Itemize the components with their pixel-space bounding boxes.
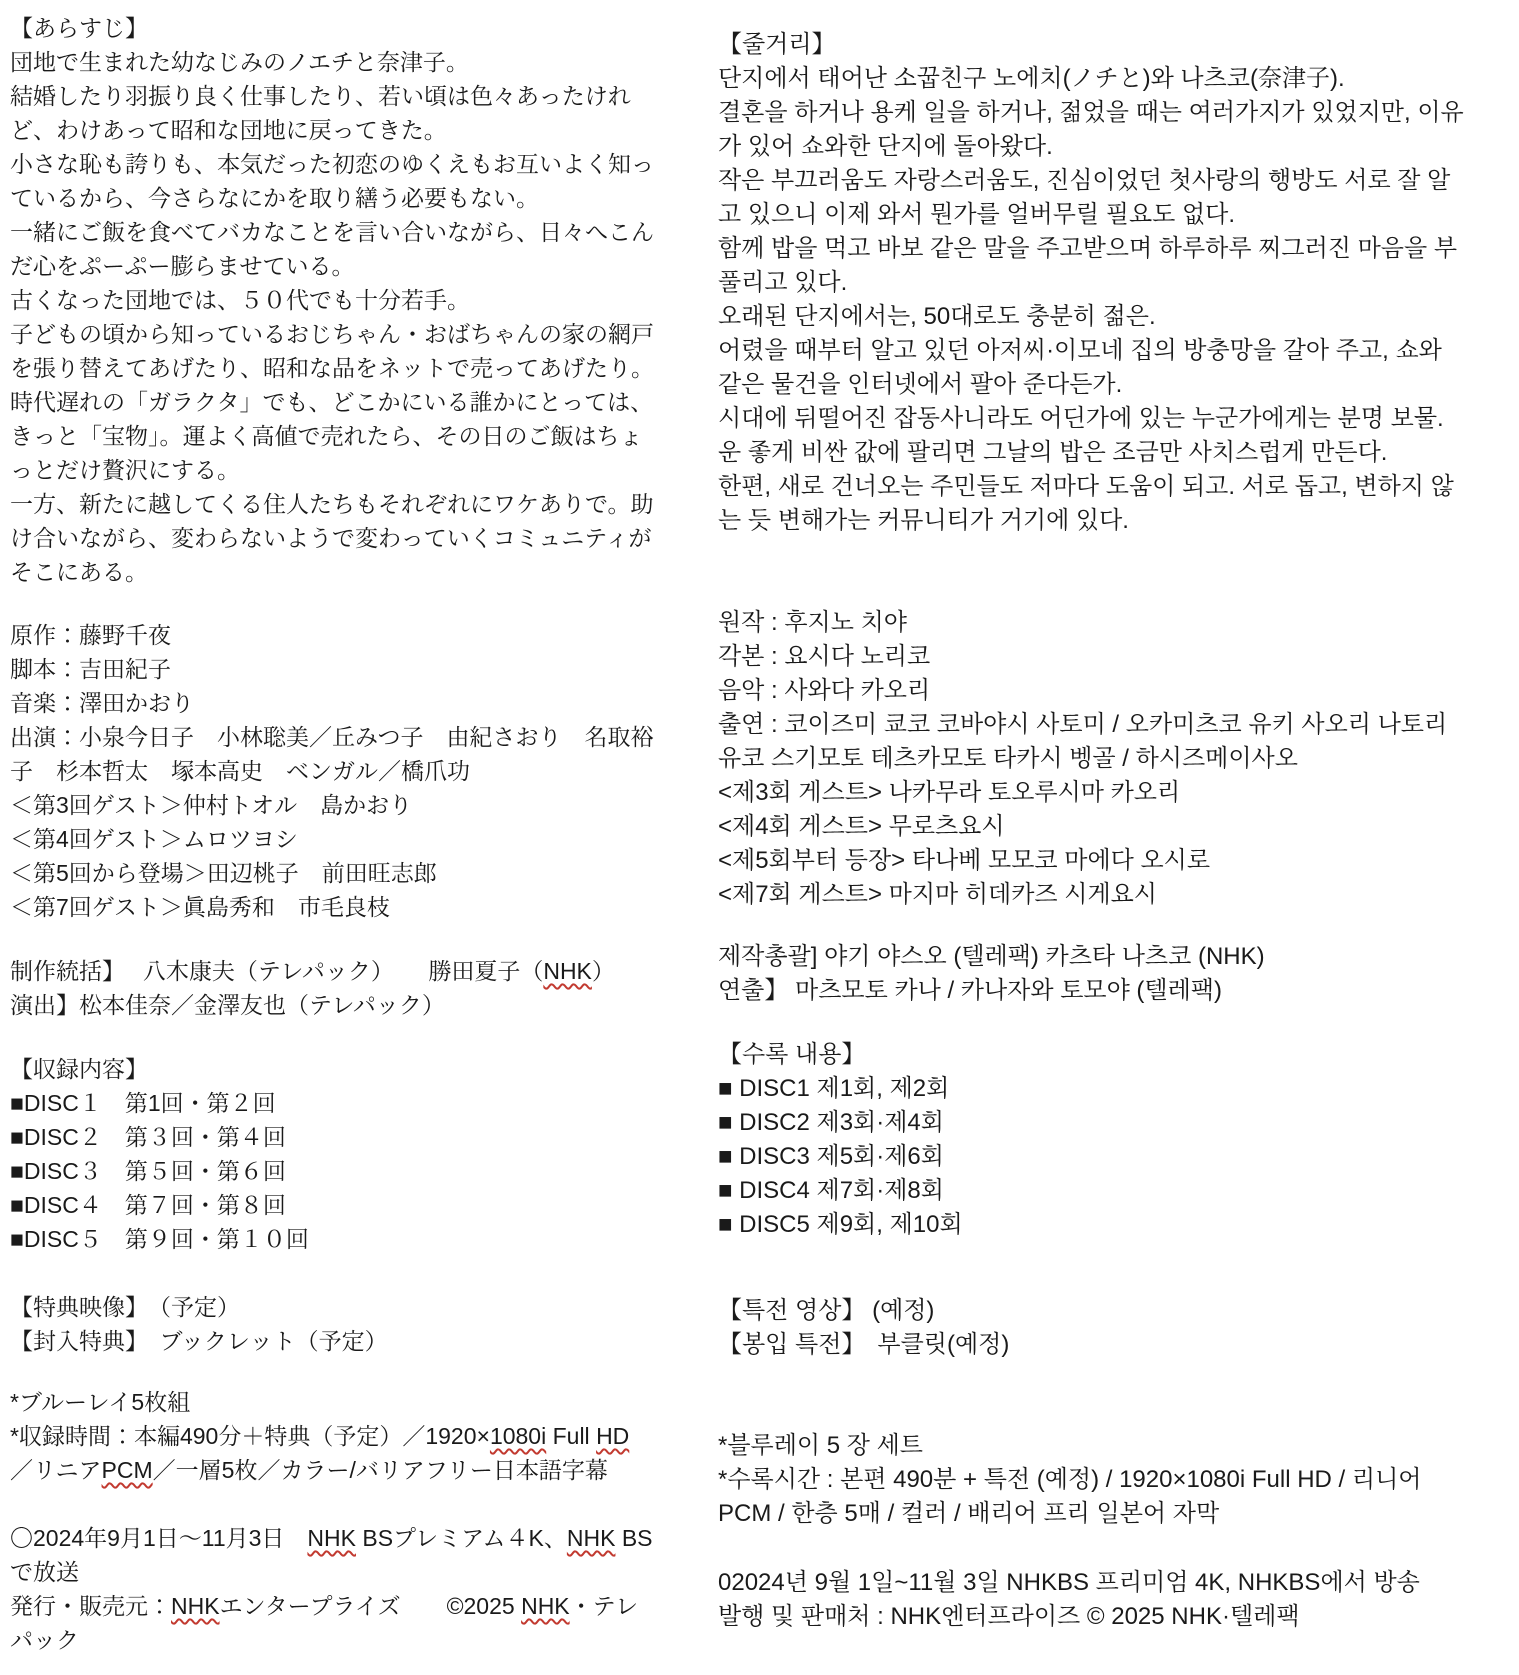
- text-line: 小さな恥も誇りも、本気だった初恋のゆくえもお互いよく知っ: [10, 147, 654, 181]
- text-line: 어렸을 때부터 알고 있던 아저씨·이모네 집의 방충망을 갈아 주고, 쇼와: [718, 334, 1464, 368]
- text-line: 【줄거리】: [718, 28, 1464, 62]
- text-line: 연출】 마츠모토 카나 / 카나자와 토모야 (텔레팩): [718, 974, 1265, 1008]
- spellcheck-squiggle: NHK: [307, 1525, 356, 1551]
- section-synopsis-ja: 【あらすじ】団地で生まれた幼なじみのノエチと奈津子。結婚したり羽振り良く仕事した…: [10, 11, 654, 589]
- text-line: 一緒にご飯を食べてバカなことを言い合いながら、日々へこん: [10, 215, 654, 249]
- text-line: <제4회 게스트> 무로츠요시: [718, 810, 1447, 844]
- text-line: ＜第3回ゲスト＞仲村トオル 島かおり: [10, 788, 654, 822]
- text-line: 각본 : 요시다 노리코: [718, 640, 1447, 674]
- text-line: 작은 부끄러움도 자랑스러움도, 진심이었던 첫사랑의 행방도 서로 잘 알: [718, 164, 1464, 198]
- text-line: ■DISC３ 第５回・第６回: [10, 1154, 309, 1188]
- section-production-staff-ko: 제작총괄] 야기 야스오 (텔레팩) 카츠타 나츠코 (NHK)연출】 마츠모토…: [718, 940, 1265, 1008]
- text-line: ■ DISC1 제1회, 제2회: [718, 1072, 963, 1106]
- text-line: だ心をぷーぷー膨らませている。: [10, 249, 654, 283]
- text-line: 출연 : 코이즈미 쿄코 코바야시 사토미 / 오카미츠코 유키 사오리 나토리: [718, 708, 1447, 742]
- text-line: 고 있으니 이제 와서 뭔가를 얼버무릴 필요도 없다.: [718, 198, 1464, 232]
- text-line: *수록시간 : 본편 490분 + 특전 (예정) / 1920×1080i F…: [718, 1463, 1421, 1497]
- text-line: 발행 및 판매처 : NHK엔터프라이즈 © 2025 NHK·텔레팩: [718, 1600, 1420, 1634]
- document-page: 【あらすじ】団地で生まれた幼なじみのノエチと奈津子。結婚したり羽振り良く仕事した…: [0, 0, 1519, 1675]
- text-line: 脚本：吉田紀子: [10, 652, 654, 686]
- section-disc-specs-ko: *블루레이 5 장 세트*수록시간 : 본편 490분 + 특전 (예정) / …: [718, 1429, 1421, 1531]
- text-line: ＜第5回から登場＞田辺桃子 前田旺志郎: [10, 856, 654, 890]
- text-line: 時代遅れの「ガラクタ」でも、どこかにいる誰かにとっては、: [10, 385, 654, 419]
- text-line: 원작 : 후지노 치야: [718, 606, 1447, 640]
- section-production-staff-ja: 制作統括】 八木康夫（テレパック） 勝田夏子（NHK）演出】松本佳奈／金澤友也（…: [10, 954, 615, 1022]
- text-line: *収録時間：本編490分＋特典（予定）／1920×1080i Full HD: [10, 1419, 629, 1453]
- section-broadcast-info-ja: 〇2024年9月1日～11月3日 NHK BSプレミアム４K、NHK BSで放送…: [10, 1521, 653, 1657]
- text-line: *블루레이 5 장 세트: [718, 1429, 1421, 1463]
- section-cast-credits-ko: 원작 : 후지노 치야각본 : 요시다 노리코음악 : 사와다 카오리출연 : …: [718, 606, 1447, 912]
- text-line: ／リニアPCM／一層5枚／カラー/バリアフリー日本語字幕: [10, 1453, 629, 1487]
- text-line: 단지에서 태어난 소꿉친구 노에치(ノチと)와 나츠코(奈津子).: [718, 62, 1464, 96]
- text-line: <제7회 게스트> 마지마 히데카즈 시게요시: [718, 878, 1447, 912]
- spellcheck-squiggle: HD: [596, 1423, 629, 1449]
- text-line: 시대에 뒤떨어진 잡동사니라도 어딘가에 있는 누군가에게는 분명 보물.: [718, 402, 1464, 436]
- text-line: PCM / 한층 5매 / 컬러 / 배리어 프리 일본어 자막: [718, 1497, 1421, 1531]
- text-line: 음악 : 사와다 카오리: [718, 674, 1447, 708]
- section-disc-contents-ko: 【수록 내용】■ DISC1 제1회, 제2회■ DISC2 제3회·제4회■ …: [718, 1038, 963, 1242]
- text-line: ■DISC１ 第1回・第２回: [10, 1086, 309, 1120]
- text-line: ■DISC５ 第９回・第１０回: [10, 1222, 309, 1256]
- text-line: ＜第7回ゲスト＞眞島秀和 市毛良枝: [10, 890, 654, 924]
- text-line: 〇2024年9月1日～11月3日 NHK BSプレミアム４K、NHK BS: [10, 1521, 653, 1555]
- spellcheck-squiggle: NHK: [521, 1593, 570, 1619]
- text-line: きっと「宝物」。運よく高値で売れたら、その日のご飯はちょ: [10, 419, 654, 453]
- text-line: 団地で生まれた幼なじみのノエチと奈津子。: [10, 45, 654, 79]
- text-line: 풀리고 있다.: [718, 266, 1464, 300]
- section-disc-contents-ja: 【収録内容】■DISC１ 第1回・第２回■DISC２ 第３回・第４回■DISC３…: [10, 1052, 309, 1256]
- text-line: 【収録内容】: [10, 1052, 309, 1086]
- section-cast-credits-ja: 原作：藤野千夜脚本：吉田紀子音楽：澤田かおり出演：小泉今日子 小林聡美／丘みつ子…: [10, 618, 654, 924]
- section-disc-specs-ja: *ブルーレイ5枚組*収録時間：本編490分＋特典（予定）／1920×1080i …: [10, 1385, 629, 1487]
- text-line: <제3회 게스트> 나카무라 토오루시마 카오리: [718, 776, 1447, 810]
- text-line: 제작총괄] 야기 야스오 (텔레팩) 카츠타 나츠코 (NHK): [718, 940, 1265, 974]
- text-line: 오래된 단지에서는, 50대로도 충분히 젊은.: [718, 300, 1464, 334]
- text-line: *ブルーレイ5枚組: [10, 1385, 629, 1419]
- text-line: <제5회부터 등장> 타나베 모모코 마에다 오시로: [718, 844, 1447, 878]
- section-broadcast-info-ko: 02024년 9월 1일~11월 3일 NHKBS 프리미엄 4K, NHKBS…: [718, 1566, 1420, 1634]
- text-line: そこにある。: [10, 555, 654, 589]
- text-line: 子 杉本哲太 塚本高史 ベンガル／橋爪功: [10, 754, 654, 788]
- spellcheck-squiggle: NHK: [171, 1593, 220, 1619]
- text-line: ■DISC４ 第７回・第８回: [10, 1188, 309, 1222]
- text-line: 같은 물건을 인터넷에서 팔아 준다든가.: [718, 368, 1464, 402]
- text-line: 発行・販売元：NHKエンタープライズ ©2025 NHK・テレ: [10, 1589, 653, 1623]
- text-line: 出演：小泉今日子 小林聡美／丘みつ子 由紀さおり 名取裕: [10, 720, 654, 754]
- text-line: 결혼을 하거나 용케 일을 하거나, 젊었을 때는 여러가지가 있었지만, 이유: [718, 96, 1464, 130]
- text-line: 【特典映像】 （予定）: [10, 1290, 388, 1324]
- text-line: 一方、新たに越してくる住人たちもそれぞれにワケありで。助: [10, 487, 654, 521]
- text-line: 는 듯 변해가는 커뮤니티가 거기에 있다.: [718, 504, 1464, 538]
- text-line: 유코 스기모토 테츠카모토 타카시 벵골 / 하시즈메이사오: [718, 742, 1447, 776]
- spellcheck-squiggle: 1080i: [490, 1423, 546, 1449]
- text-line: パック: [10, 1623, 653, 1657]
- text-line: 制作統括】 八木康夫（テレパック） 勝田夏子（NHK）: [10, 954, 615, 988]
- text-line: ■ DISC2 제3회·제4회: [718, 1106, 963, 1140]
- section-synopsis-ko: 【줄거리】단지에서 태어난 소꿉친구 노에치(ノチと)와 나츠코(奈津子).결혼…: [718, 28, 1464, 538]
- text-line: 02024년 9월 1일~11월 3일 NHKBS 프리미엄 4K, NHKBS…: [718, 1566, 1420, 1600]
- text-line: ＜第4回ゲスト＞ムロツヨシ: [10, 822, 654, 856]
- text-line: 【특전 영상】 (예정): [718, 1294, 1009, 1328]
- text-line: 함께 밥을 먹고 바보 같은 말을 주고받으며 하루하루 찌그러진 마음을 부: [718, 232, 1464, 266]
- text-line: け合いながら、変わらないようで変わっていくコミュニティが: [10, 521, 654, 555]
- text-line: 【수록 내용】: [718, 1038, 963, 1072]
- text-line: 한편, 새로 건너오는 주민들도 저마다 도움이 되고. 서로 돕고, 변하지 …: [718, 470, 1464, 504]
- text-line: 古くなった団地では、５０代でも十分若手。: [10, 283, 654, 317]
- section-bonus-features-ko: 【특전 영상】 (예정)【봉입 특전】 부클릿(예정): [718, 1294, 1009, 1362]
- text-line: で放送: [10, 1555, 653, 1589]
- text-line: 子どもの頃から知っているおじちゃん・おばちゃんの家の網戸: [10, 317, 654, 351]
- text-line: 가 있어 쇼와한 단지에 돌아왔다.: [718, 130, 1464, 164]
- text-line: 音楽：澤田かおり: [10, 686, 654, 720]
- text-line: 운 좋게 비싼 값에 팔리면 그날의 밥은 조금만 사치스럽게 만든다.: [718, 436, 1464, 470]
- text-line: 演出】松本佳奈／金澤友也（テレパック）: [10, 988, 615, 1022]
- spellcheck-squiggle: PCM: [102, 1457, 153, 1483]
- spellcheck-squiggle: NHK: [567, 1525, 616, 1551]
- text-line: ■DISC２ 第３回・第４回: [10, 1120, 309, 1154]
- text-line: 【봉입 특전】 부클릿(예정): [718, 1328, 1009, 1362]
- text-line: ■ DISC4 제7회·제8회: [718, 1174, 963, 1208]
- text-line: 原作：藤野千夜: [10, 618, 654, 652]
- text-line: 結婚したり羽振り良く仕事したり、若い頃は色々あったけれ: [10, 79, 654, 113]
- text-line: ■ DISC5 제9회, 제10회: [718, 1208, 963, 1242]
- section-bonus-features-ja: 【特典映像】 （予定）【封入特典】 ブックレット（予定）: [10, 1290, 388, 1358]
- spellcheck-squiggle: NHK: [543, 958, 592, 984]
- text-line: っとだけ贅沢にする。: [10, 453, 654, 487]
- text-line: 【あらすじ】: [10, 11, 654, 45]
- text-line: ているから、今さらなにかを取り繕う必要もない。: [10, 181, 654, 215]
- text-line: ■ DISC3 제5회·제6회: [718, 1140, 963, 1174]
- text-line: を張り替えてあげたり、昭和な品をネットで売ってあげたり。: [10, 351, 654, 385]
- text-line: 【封入特典】 ブックレット（予定）: [10, 1324, 388, 1358]
- text-line: ど、わけあって昭和な団地に戻ってきた。: [10, 113, 654, 147]
